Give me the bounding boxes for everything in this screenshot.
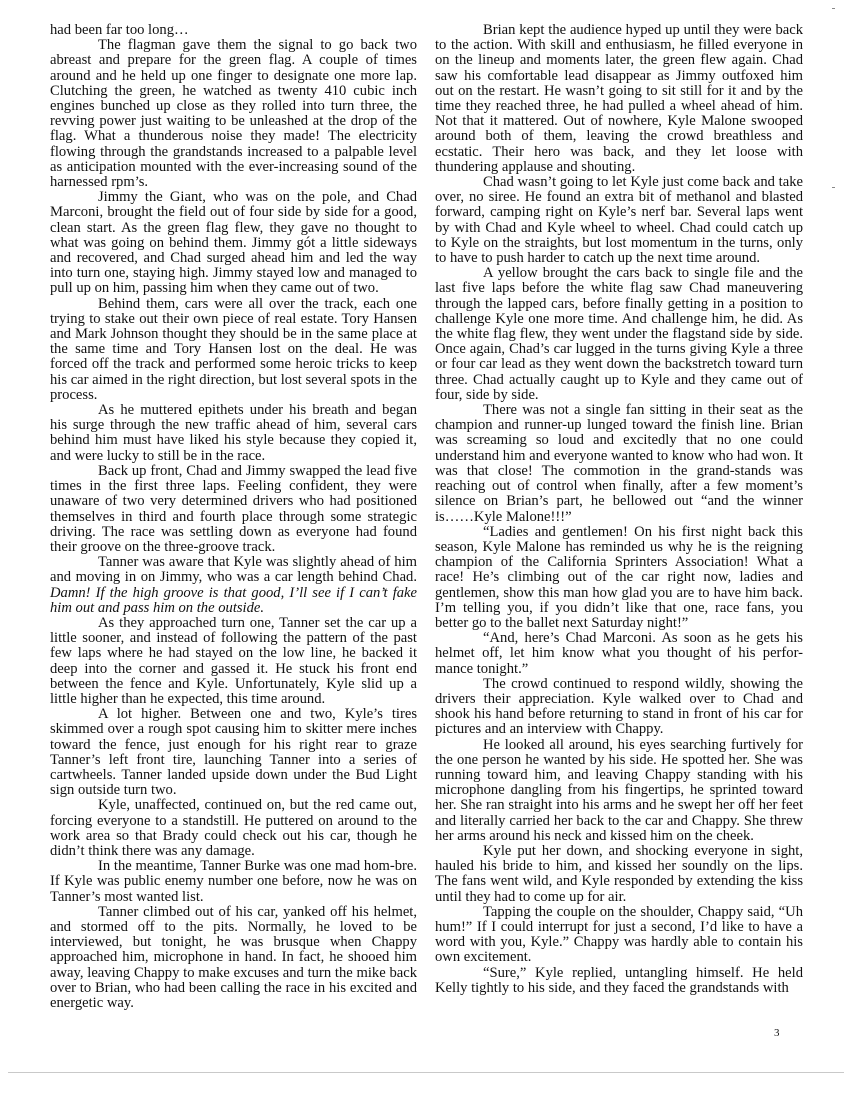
paragraph: The flagman gave them the signal to go b… (50, 38, 417, 190)
paragraph: A yellow brought the cars back to single… (435, 266, 803, 403)
paragraph: had been far too long… (50, 23, 417, 38)
paragraph: In the meantime, Tanner Burke was one ma… (50, 859, 417, 905)
paragraph: As they approached turn one, Tanner set … (50, 616, 417, 707)
right-column: Brian kept the audience hyped up until t… (435, 23, 803, 996)
paragraph: Brian kept the audience hyped up until t… (435, 23, 803, 175)
paragraph: The crowd continued to respond wildly, s… (435, 677, 803, 738)
paragraph-text: Tanner was aware that Kyle was slightly … (50, 554, 417, 585)
paragraph: Tanner was aware that Kyle was slightly … (50, 555, 417, 616)
italic-thought: Damn! If the high groove is that good, I… (50, 585, 417, 616)
page-number: 3 (774, 1028, 780, 1039)
paragraph: Kyle, unaffected, continued on, but the … (50, 798, 417, 859)
paragraph: Tanner climbed out of his car, yanked of… (50, 905, 417, 1011)
scan-edge-divider (8, 1072, 844, 1073)
paragraph: Back up front, Chad and Jimmy swapped th… (50, 464, 417, 555)
paragraph: Chad wasn’t going to let Kyle just come … (435, 175, 803, 266)
scan-speck (832, 8, 835, 9)
paragraph: Kyle put her down, and shocking everyone… (435, 844, 803, 905)
paragraph: Tapping the couple on the shoulder, Chap… (435, 905, 803, 966)
document-page: had been far too long… The flagman gave … (0, 0, 850, 1100)
paragraph: Behind them, cars were all over the trac… (50, 297, 417, 403)
paragraph: He looked all around, his eyes searching… (435, 738, 803, 844)
paragraph: A lot higher. Between one and two, Kyle’… (50, 707, 417, 798)
paragraph: There was not a single fan sitting in th… (435, 403, 803, 525)
paragraph: Jimmy the Giant, who was on the pole, an… (50, 190, 417, 296)
paragraph: “Ladies and gentlemen! On his first nigh… (435, 525, 803, 631)
paragraph: “And, here’s Chad Marconi. As soon as he… (435, 631, 803, 677)
scan-speck (832, 187, 835, 188)
paragraph: “Sure,” Kyle replied, untangling himself… (435, 966, 803, 996)
left-column: had been far too long… The flagman gave … (50, 23, 417, 1011)
paragraph: As he muttered epithets under his breath… (50, 403, 417, 464)
